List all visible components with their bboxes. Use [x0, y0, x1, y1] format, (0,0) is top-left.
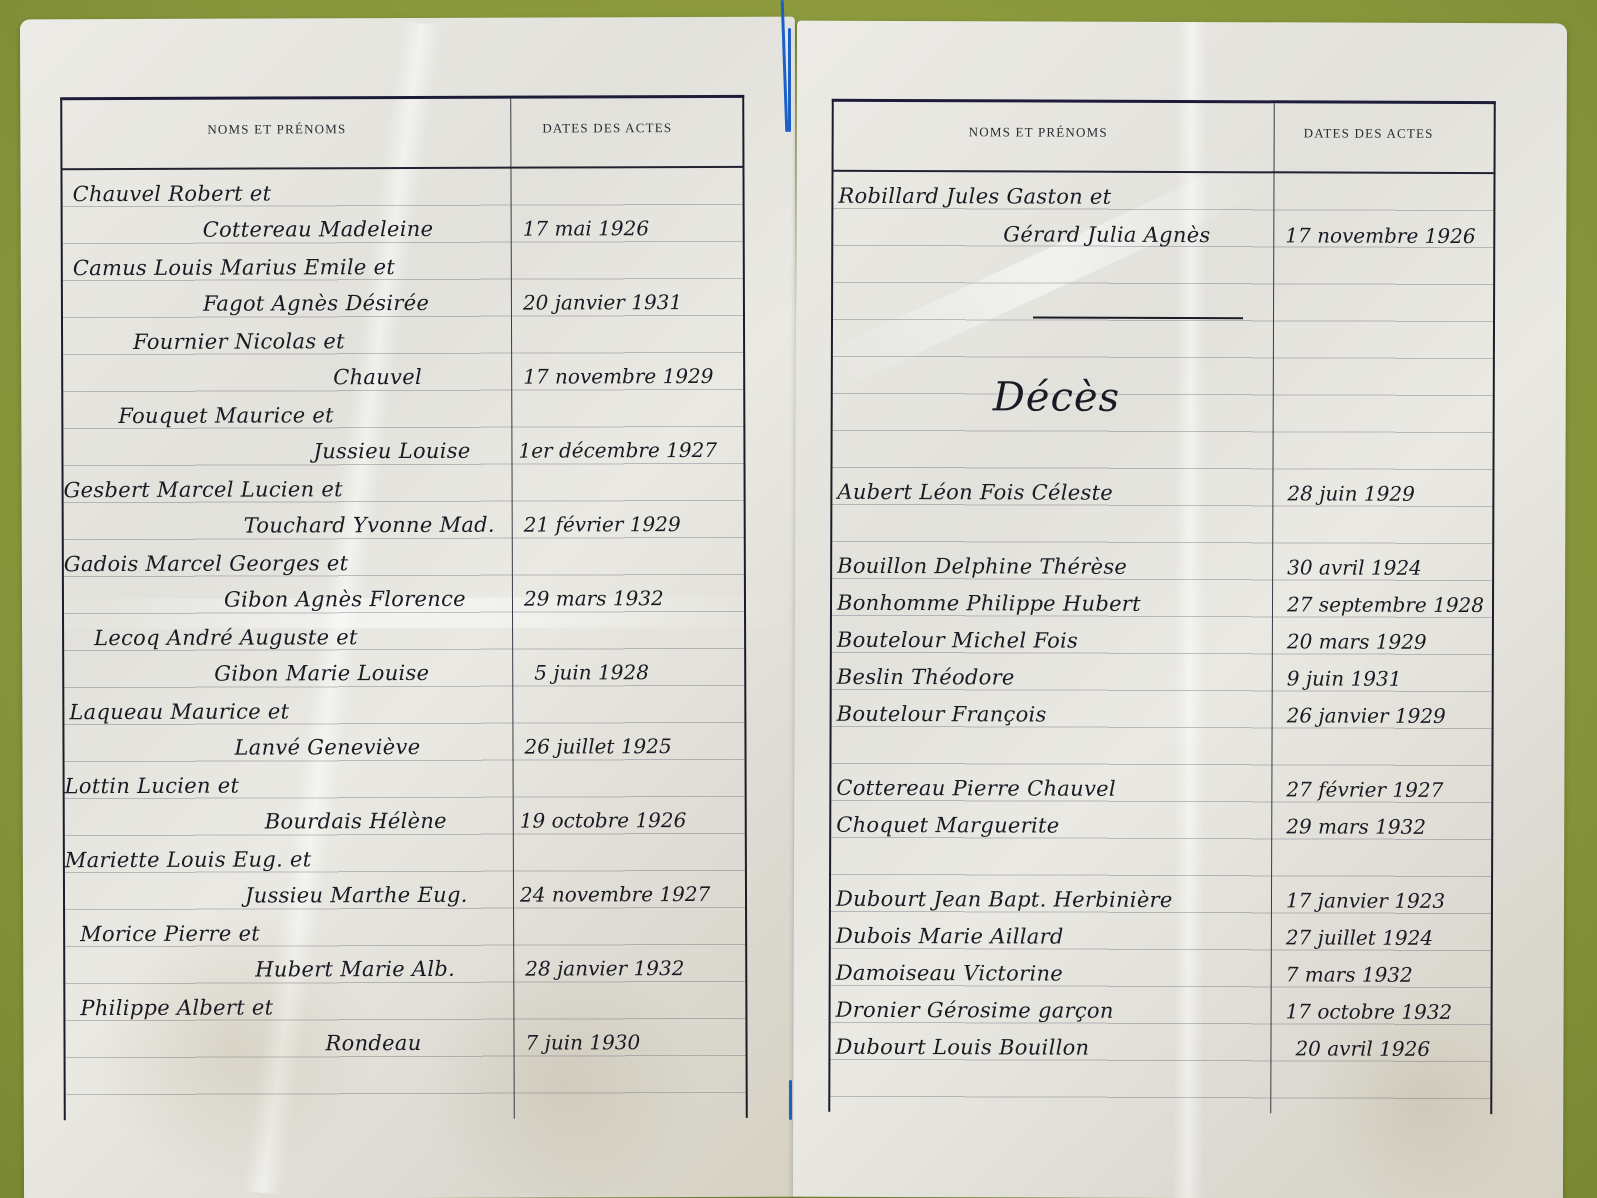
- death-entry-name: Bonhomme Philippe Hubert: [837, 591, 1141, 616]
- entry-date: 17 novembre 1929: [523, 364, 713, 389]
- entry-line1: Mariette Louis Eug. et: [65, 847, 312, 872]
- entry-line2: Gibon Agnès Florence: [224, 587, 466, 612]
- death-entry-name: Bouillon Delphine Thérèse: [837, 554, 1127, 579]
- entry-line1: Morice Pierre et: [80, 922, 260, 947]
- entry-line2: Gibon Marie Louise: [214, 661, 429, 686]
- entry-line2: Rondeau: [325, 1031, 421, 1055]
- death-entry-date: 29 mars 1932: [1286, 814, 1426, 838]
- header-names: NOMS ET PRÉNOMS: [969, 124, 1108, 140]
- marriage-entry-line1: Robillard Jules Gaston et: [838, 184, 1111, 209]
- entry-date: 20 janvier 1931: [523, 290, 682, 315]
- death-entry-date: 27 février 1927: [1286, 777, 1443, 802]
- entry-line2: Touchard Yvonne Mad.: [244, 513, 495, 538]
- death-entry-date: 20 avril 1926: [1295, 1036, 1430, 1060]
- entry-date: 28 janvier 1932: [525, 956, 684, 981]
- section-title-deces: Décès: [993, 374, 1121, 420]
- entry-line1: Laqueau Maurice et: [69, 699, 289, 724]
- death-entry-date: 27 juillet 1924: [1286, 925, 1433, 950]
- entry-line1: Philippe Albert et: [80, 995, 273, 1020]
- death-entry-date: 17 janvier 1923: [1286, 888, 1445, 913]
- death-entry-name: Aubert Léon Fois Céleste: [837, 480, 1113, 505]
- entry-date: 7 juin 1930: [525, 1030, 640, 1054]
- binding-thread: [788, 28, 791, 132]
- entry-line2: Jussieu Louise: [313, 439, 470, 464]
- binding-thread: [789, 1080, 792, 1120]
- death-entry-name: Dubourt Jean Bapt. Herbinière: [836, 887, 1173, 912]
- entry-line2: Fagot Agnès Désirée: [203, 291, 429, 316]
- death-entry-name: Damoiseau Victorine: [836, 961, 1063, 986]
- table-header: NOMS ET PRÉNOMS DATES DES ACTES: [62, 98, 742, 170]
- entry-line1: Camus Louis Marius Emile et: [73, 255, 395, 280]
- marriage-entry-line2: Gérard Julia Agnès: [1003, 222, 1210, 247]
- right-register-table: NOMS ET PRÉNOMS DATES DES ACTES Robillar…: [828, 99, 1496, 1114]
- left-register-table: NOMS ET PRÉNOMS DATES DES ACTES Chauvel …: [60, 95, 748, 1120]
- entry-date: 29 mars 1932: [524, 586, 664, 610]
- death-entry-name: Choquet Marguerite: [836, 813, 1059, 838]
- table-header: NOMS ET PRÉNOMS DATES DES ACTES: [834, 102, 1494, 174]
- entry-line1: Gadois Marcel Georges et: [64, 551, 349, 576]
- entry-date: 5 juin 1928: [534, 660, 649, 684]
- header-dates: DATES DES ACTES: [1304, 125, 1434, 141]
- death-entry-date: 7 mars 1932: [1286, 962, 1413, 986]
- death-entry-name: Dronier Gérosime garçon: [836, 998, 1114, 1023]
- death-entry-name: Beslin Théodore: [837, 665, 1015, 690]
- left-page: NOMS ET PRÉNOMS DATES DES ACTES Chauvel …: [20, 17, 799, 1198]
- entry-line2: Cottereau Madeleine: [203, 217, 434, 242]
- marriage-entry-date: 17 novembre 1926: [1285, 223, 1475, 248]
- entry-date: 19 octobre 1926: [520, 808, 687, 833]
- death-entry-name: Boutelour François: [837, 702, 1047, 727]
- entry-line2: Jussieu Marthe Eug.: [245, 883, 468, 908]
- entry-line2: Bourdais Hélène: [265, 809, 447, 834]
- header-dates: DATES DES ACTES: [542, 120, 672, 136]
- death-entry-name: Boutelour Michel Fois: [837, 628, 1078, 653]
- entry-line2: Hubert Marie Alb.: [255, 957, 455, 982]
- death-entry-date: 30 avril 1924: [1287, 555, 1422, 579]
- entry-date: 24 novembre 1927: [520, 882, 710, 907]
- entry-date: 17 mai 1926: [523, 216, 649, 240]
- entry-line1: Chauvel Robert et: [73, 181, 272, 206]
- entry-line1: Lottin Lucien et: [65, 774, 240, 799]
- entry-date: 1er décembre 1927: [518, 438, 717, 463]
- header-names: NOMS ET PRÉNOMS: [207, 121, 346, 137]
- death-entry-date: 28 juin 1929: [1287, 481, 1415, 505]
- right-page: NOMS ET PRÉNOMS DATES DES ACTES Robillar…: [793, 21, 1567, 1198]
- entry-line1: Lecoq André Auguste et: [94, 625, 358, 650]
- death-entry-name: Cottereau Pierre Chauvel: [836, 776, 1116, 801]
- entry-line1: Fouquet Maurice et: [118, 403, 334, 428]
- entry-date: 21 février 1929: [524, 512, 681, 537]
- entry-line1: Fournier Nicolas et: [133, 329, 345, 354]
- death-entry-date: 9 juin 1931: [1287, 666, 1402, 690]
- death-entry-date: 17 octobre 1932: [1286, 999, 1453, 1024]
- death-entry-date: 26 janvier 1929: [1287, 703, 1446, 728]
- death-entry-name: Dubois Marie Aillard: [836, 924, 1064, 949]
- death-entry-date: 27 septembre 1928: [1287, 592, 1484, 617]
- entry-line1: Gesbert Marcel Lucien et: [64, 477, 343, 502]
- death-entry-date: 20 mars 1929: [1287, 629, 1427, 653]
- death-entry-name: Dubourt Louis Bouillon: [835, 1035, 1089, 1060]
- entry-line2: Lanvé Geneviève: [234, 735, 420, 760]
- entry-date: 26 juillet 1925: [524, 734, 671, 759]
- entry-line2: Chauvel: [333, 365, 422, 389]
